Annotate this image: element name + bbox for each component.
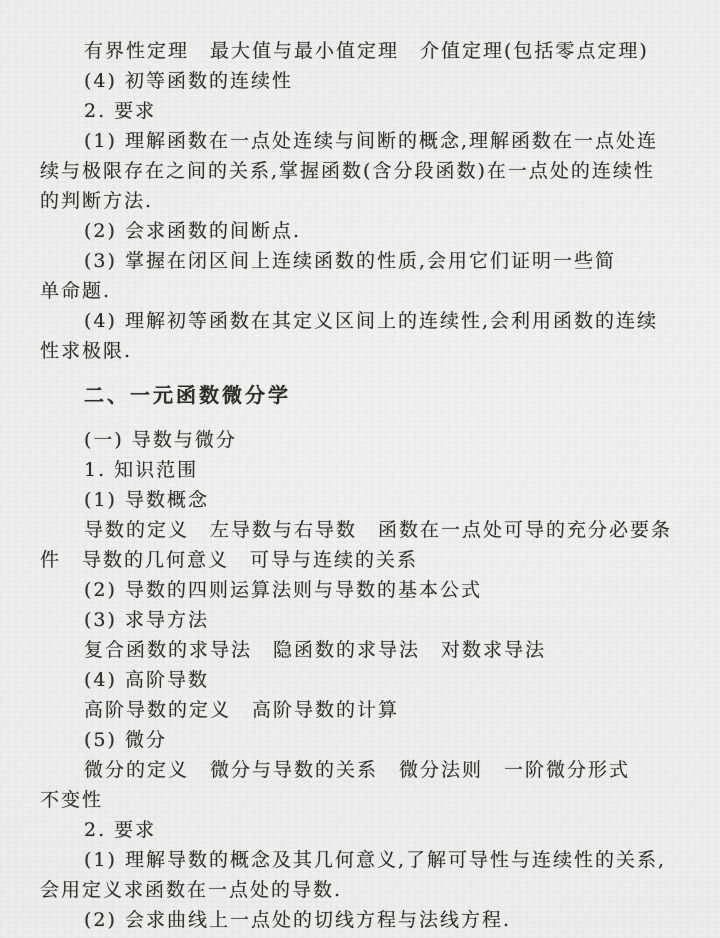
text-line: 复合函数的求导法 隐函数的求导法 对数求导法 bbox=[84, 635, 696, 665]
section-heading: 二、一元函数微分学 bbox=[84, 380, 696, 410]
text-line: (4) 理解初等函数在其定义区间上的连续性,会利用函数的连续 bbox=[84, 306, 696, 336]
text-line: 单命题. bbox=[40, 276, 696, 306]
text-line: 有界性定理 最大值与最小值定理 介值定理(包括零点定理) bbox=[84, 36, 696, 66]
text-line: (2) 会求曲线上一点处的切线方程与法线方程. bbox=[84, 905, 696, 935]
text-line: 件 导数的几何意义 可导与连续的关系 bbox=[40, 545, 696, 575]
text-line: 性求极限. bbox=[40, 336, 696, 366]
text-line: 2. 要求 bbox=[84, 815, 696, 845]
text-line: 1. 知识范围 bbox=[84, 455, 696, 485]
text-line: (3) 求导方法 bbox=[84, 605, 696, 635]
document-text-block: 有界性定理 最大值与最小值定理 介值定理(包括零点定理)(4) 初等函数的连续性… bbox=[40, 36, 696, 935]
text-line: 的判断方法. bbox=[40, 186, 696, 216]
text-line: (3) 掌握在闭区间上连续函数的性质,会用它们证明一些简 bbox=[84, 246, 696, 276]
text-line: 导数的定义 左导数与右导数 函数在一点处可导的充分必要条 bbox=[84, 515, 696, 545]
text-line: (5) 微分 bbox=[84, 725, 696, 755]
text-line: (2) 导数的四则运算法则与导数的基本公式 bbox=[84, 575, 696, 605]
text-line: 会用定义求函数在一点处的导数. bbox=[40, 875, 696, 905]
text-line: (4) 初等函数的连续性 bbox=[84, 66, 696, 96]
text-line: 2. 要求 bbox=[84, 96, 696, 126]
scanned-document-page: 有界性定理 最大值与最小值定理 介值定理(包括零点定理)(4) 初等函数的连续性… bbox=[0, 0, 720, 938]
text-line: 不变性 bbox=[40, 785, 696, 815]
text-line: (1) 理解函数在一点处连续与间断的概念,理解函数在一点处连 bbox=[84, 126, 696, 156]
text-line: 微分的定义 微分与导数的关系 微分法则 一阶微分形式 bbox=[84, 755, 696, 785]
text-line: (一) 导数与微分 bbox=[84, 425, 696, 455]
text-line: (1) 导数概念 bbox=[84, 485, 696, 515]
text-line: (4) 高阶导数 bbox=[84, 665, 696, 695]
text-line: 高阶导数的定义 高阶导数的计算 bbox=[84, 695, 696, 725]
text-line: (1) 理解导数的概念及其几何意义,了解可导性与连续性的关系, bbox=[84, 845, 696, 875]
text-line: (2) 会求函数的间断点. bbox=[84, 216, 696, 246]
text-line: 续与极限存在之间的关系,掌握函数(含分段函数)在一点处的连续性 bbox=[40, 156, 696, 186]
